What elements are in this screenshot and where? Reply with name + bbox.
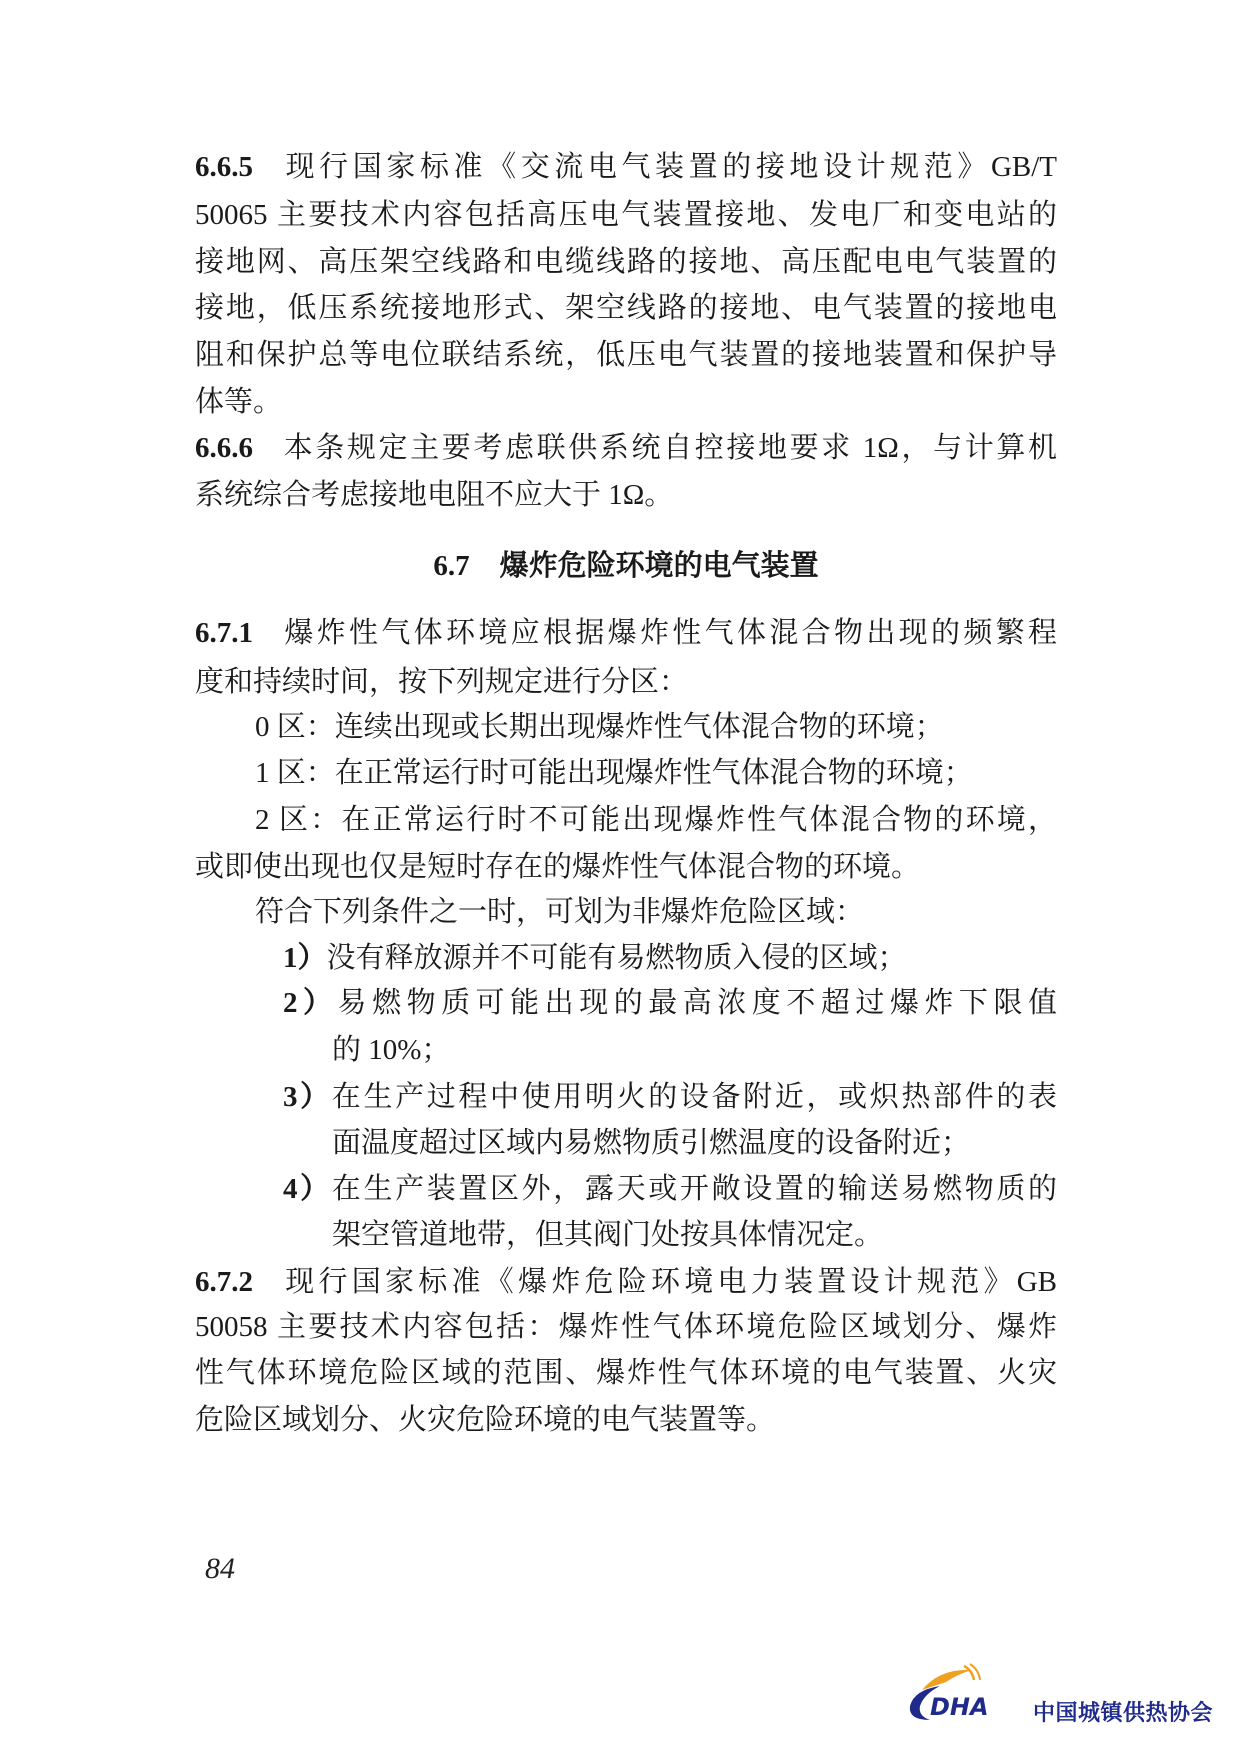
item-number: 4） xyxy=(283,1173,332,1205)
clause-6-7-1-line-2: 度和持续时间，按下列规定进行分区： xyxy=(195,662,688,702)
list-item-2-continued: 的 10%； xyxy=(332,1030,450,1070)
clause-6-6-6-line-1: 6.6.6本条规定主要考虑联供系统自控接地要求 1Ω，与计算机 xyxy=(195,428,1057,468)
svg-text:DHA: DHA xyxy=(930,1693,989,1721)
list-item-2: 2）易燃物质可能出现的最高浓度不超过爆炸下限值 xyxy=(283,983,1057,1023)
clause-number: 6.6.6 xyxy=(195,432,253,464)
section-title: 爆炸危险环境的电气装置 xyxy=(500,548,819,582)
clause-number: 6.7.1 xyxy=(195,617,253,649)
item-text: 易燃物质可能出现的最高浓度不超过爆炸下限值 xyxy=(338,987,1057,1019)
page-number: 84 xyxy=(205,1552,235,1586)
condition-intro: 符合下列条件之一时，可划为非爆炸危险区域： xyxy=(255,892,864,932)
org-name: 中国城镇供热协会 xyxy=(1033,1696,1213,1727)
clause-text: 现行国家标准《交流电气装置的接地设计规范》GB/T xyxy=(281,151,1057,183)
zone-2: 2 区：在正常运行时不可能出现爆炸性气体混合物的环境， xyxy=(255,800,1057,840)
clause-6-7-2-line-1: 6.7.2现行国家标准《爆炸危险环境电力装置设计规范》GB xyxy=(195,1262,1057,1302)
clause-6-7-2-line-3: 性气体环境危险区域的范围、爆炸性气体环境的电气装置、火灾 xyxy=(195,1353,1057,1393)
clause-text: 本条规定主要考虑联供系统自控接地要求 1Ω，与计算机 xyxy=(281,432,1057,464)
clause-number: 6.7.2 xyxy=(195,1266,253,1298)
item-text: 没有释放源并不可能有易燃物质入侵的区域； xyxy=(327,942,907,974)
item-text: 在生产装置区外，露天或开敞设置的输送易燃物质的 xyxy=(332,1173,1057,1205)
clause-6-7-2-line-4: 危险区域划分、火灾危险环境的电气装置等。 xyxy=(195,1400,775,1440)
clause-text: 爆炸性气体环境应根据爆炸性气体混合物出现的频繁程 xyxy=(281,617,1057,649)
item-number: 2） xyxy=(283,987,338,1019)
list-item-1: 1）没有释放源并不可能有易燃物质入侵的区域； xyxy=(283,938,907,978)
item-number: 3） xyxy=(283,1081,332,1113)
clause-6-7-1-line-1: 6.7.1爆炸性气体环境应根据爆炸性气体混合物出现的频繁程 xyxy=(195,613,1057,653)
section-number: 6.7 xyxy=(433,550,469,582)
list-item-4: 4）在生产装置区外，露天或开敞设置的输送易燃物质的 xyxy=(283,1169,1057,1209)
clause-6-6-5-line-1: 6.6.5现行国家标准《交流电气装置的接地设计规范》GB/T xyxy=(195,147,1057,187)
clause-text: 现行国家标准《爆炸危险环境电力装置设计规范》GB xyxy=(281,1266,1057,1298)
clause-6-6-5-line-5: 阻和保护总等电位联结系统，低压电气装置的接地装置和保护导 xyxy=(195,335,1057,375)
clause-6-6-5-line-4: 接地，低压系统接地形式、架空线路的接地、电气装置的接地电 xyxy=(195,288,1057,328)
clause-6-6-5-line-2: 50065 主要技术内容包括高压电气装置接地、发电厂和变电站的 xyxy=(195,195,1057,235)
clause-number: 6.6.5 xyxy=(195,151,253,183)
chda-logo: DHA 中国城镇供热协会 xyxy=(900,1660,1220,1730)
zone-1: 1 区：在正常运行时可能出现爆炸性气体混合物的环境； xyxy=(255,753,973,793)
clause-6-7-2-line-2: 50058 主要技术内容包括：爆炸性气体环境危险区域划分、爆炸 xyxy=(195,1307,1057,1347)
zone-2-continued: 或即使出现也仅是短时存在的爆炸性气体混合物的环境。 xyxy=(195,847,920,887)
list-item-4-continued: 架空管道地带，但其阀门处按具体情况定。 xyxy=(332,1215,883,1255)
zone-0: 0 区：连续出现或长期出现爆炸性气体混合物的环境； xyxy=(255,707,944,747)
clause-6-6-5-line-6: 体等。 xyxy=(195,382,282,422)
chda-emblem-icon: DHA xyxy=(900,1660,1030,1730)
list-item-3-continued: 面温度超过区域内易燃物质引燃温度的设备附近； xyxy=(332,1123,970,1163)
item-text: 在生产过程中使用明火的设备附近，或炽热部件的表 xyxy=(332,1081,1057,1113)
clause-6-6-5-line-3: 接地网、高压架空线路和电缆线路的接地、高压配电电气装置的 xyxy=(195,242,1057,282)
clause-6-6-6-line-2: 系统综合考虑接地电阻不应大于 1Ω。 xyxy=(195,475,673,515)
item-number: 1） xyxy=(283,942,327,974)
list-item-3: 3）在生产过程中使用明火的设备附近，或炽热部件的表 xyxy=(283,1077,1057,1117)
document-page: 6.6.5现行国家标准《交流电气装置的接地设计规范》GB/T 50065 主要技… xyxy=(0,0,1240,1754)
section-heading-6-7: 6.7爆炸危险环境的电气装置 xyxy=(195,545,1057,586)
